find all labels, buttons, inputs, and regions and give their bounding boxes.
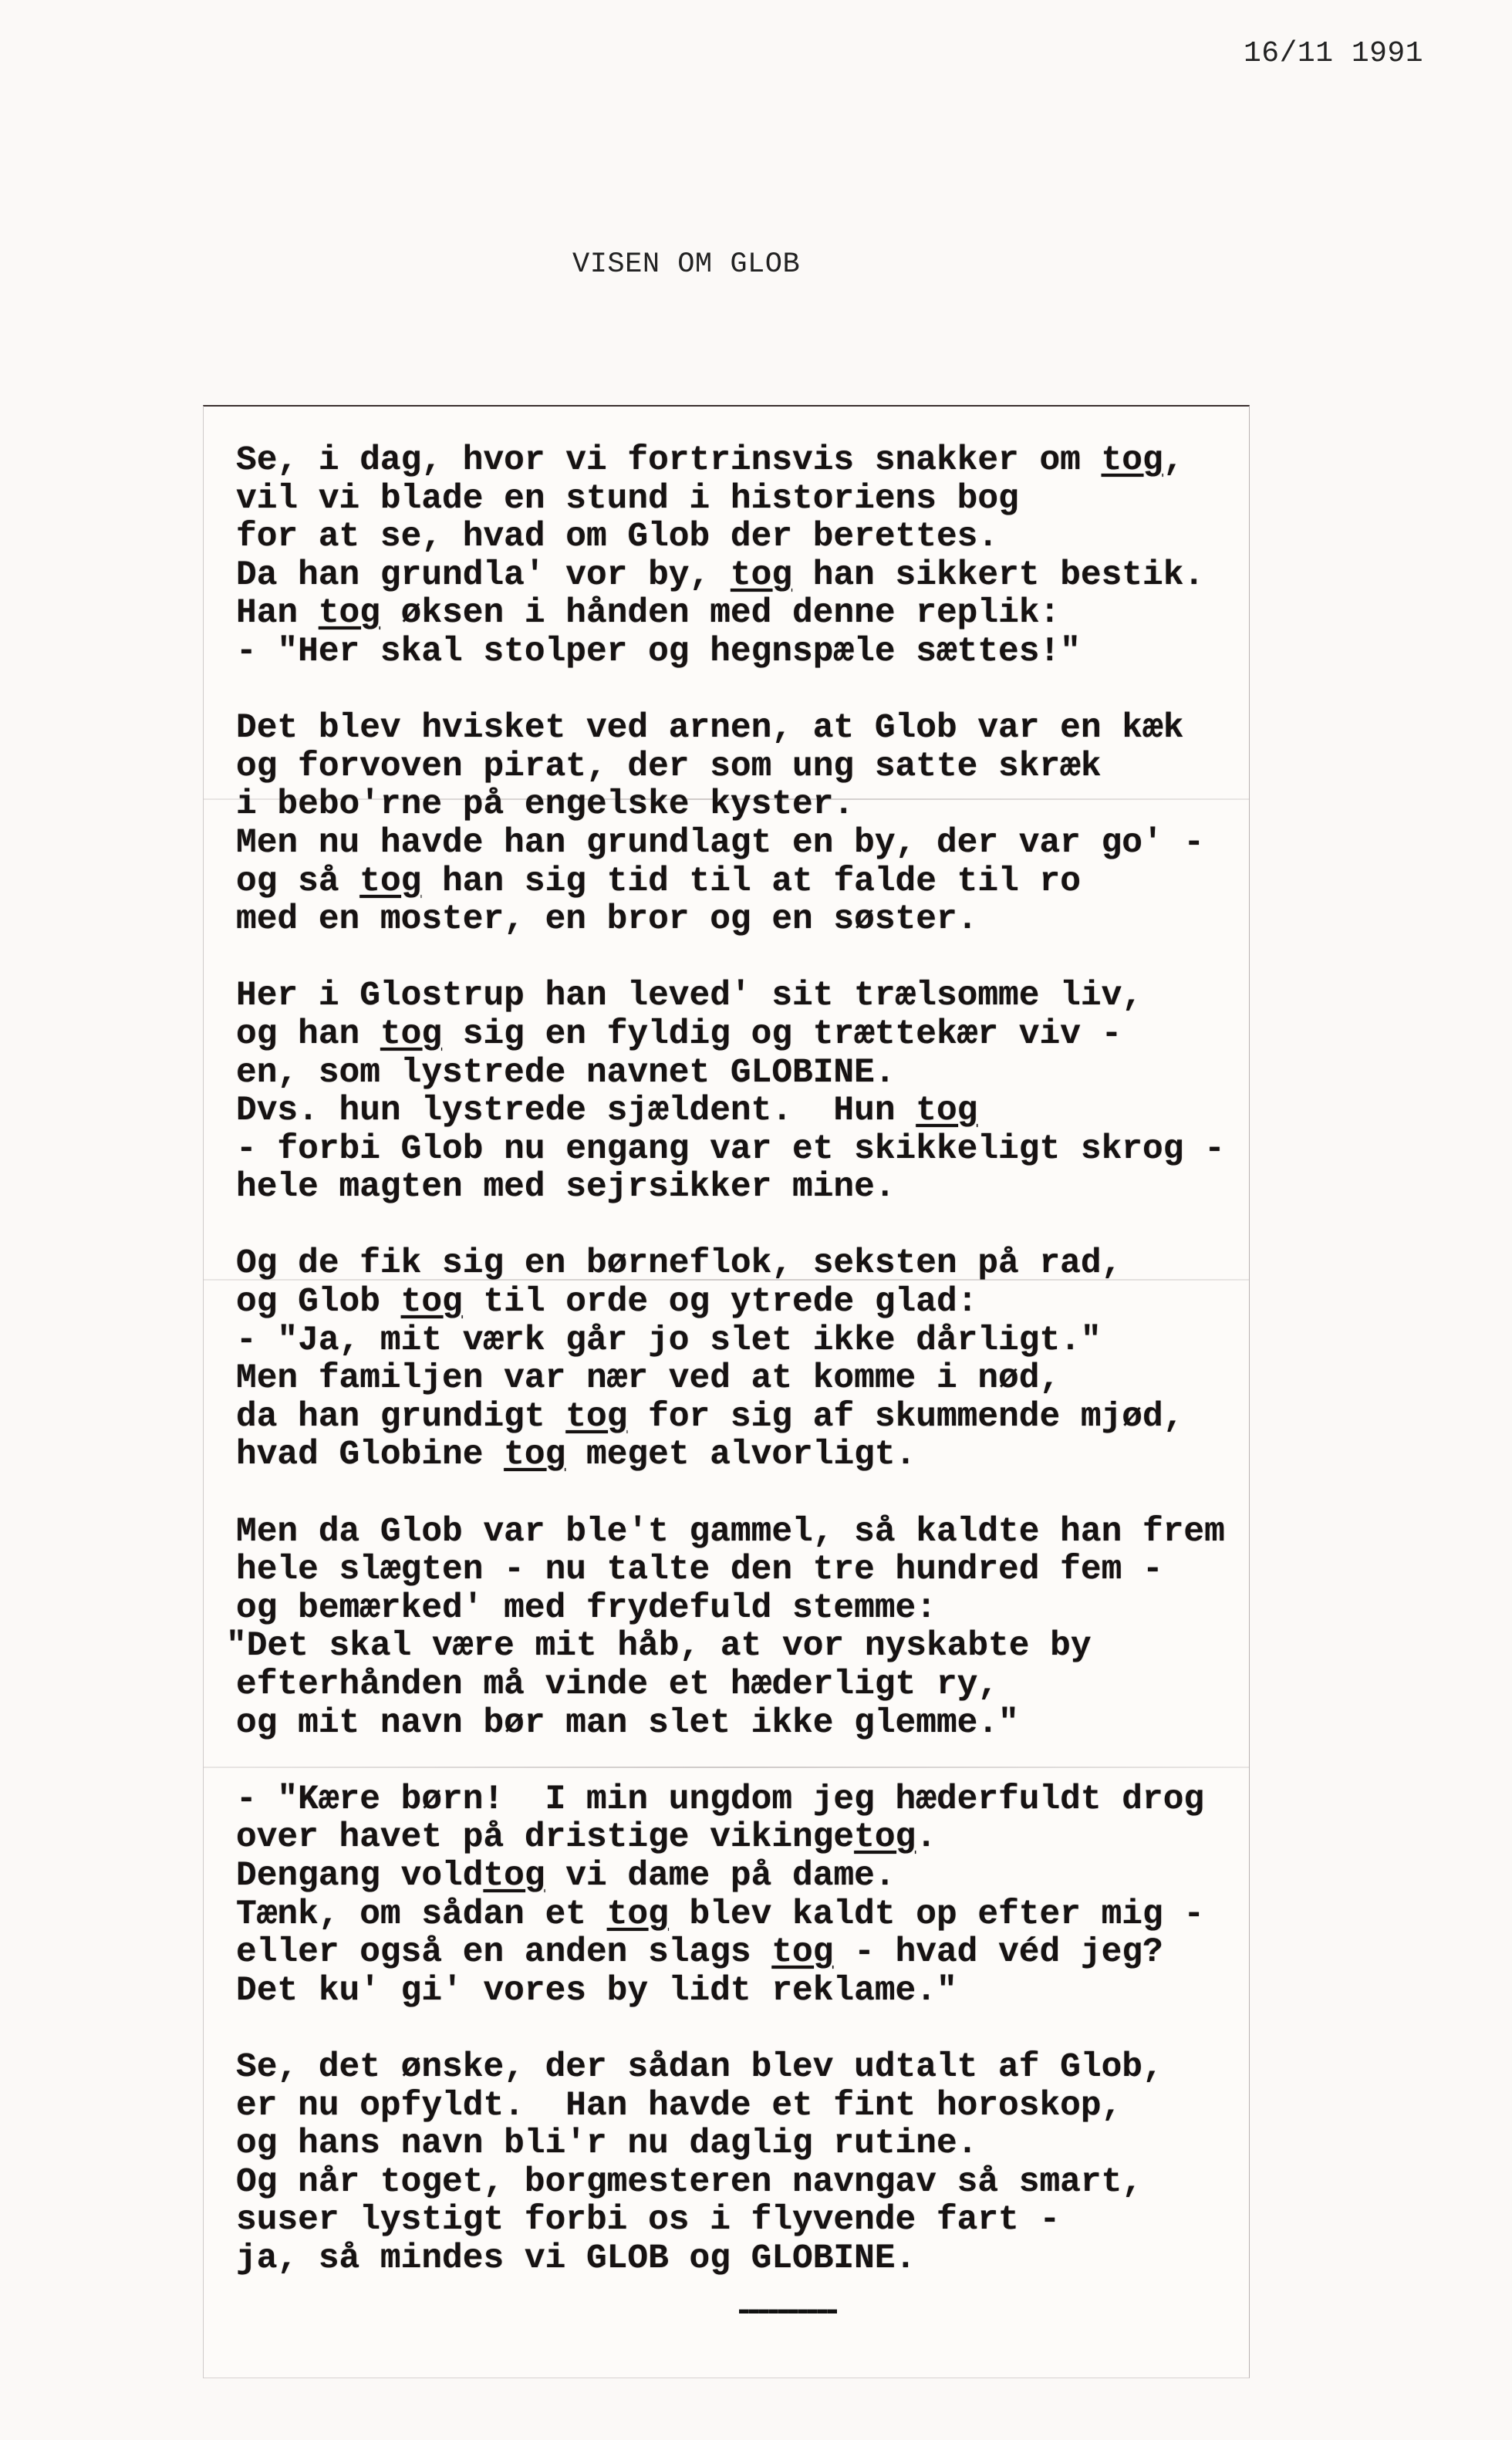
poem-line: og forvoven pirat, der som ung satte skr…	[236, 748, 1225, 787]
poem-line: en, som lystrede navnet GLOBINE.	[236, 1055, 1225, 1093]
poem-line: for at se, hvad om Glob der berettes.	[236, 518, 1225, 557]
stanza: Det blev hvisket ved arnen, at Glob var …	[236, 710, 1225, 940]
poem-line: Dengang voldtog vi dame på dame.	[236, 1858, 1225, 1896]
poem-line: - "Her skal stolper og hegnspæle sættes!…	[236, 633, 1225, 672]
poem-line: Og de fik sig en børneflok, seksten på r…	[236, 1245, 1225, 1284]
underlined-word: tog	[401, 1283, 463, 1321]
underlined-word: tog	[380, 1015, 442, 1054]
underlined-word: tog	[771, 1933, 833, 1972]
document-title: VISEN OM GLOB	[572, 248, 800, 281]
pasted-typewritten-slip: Se, i dag, hvor vi fortrinsvis snakker o…	[203, 405, 1250, 2378]
poem-line: Tænk, om sådan et tog blev kaldt op efte…	[236, 1896, 1225, 1935]
poem-line: ja, så mindes vi GLOB og GLOBINE.	[236, 2240, 1225, 2279]
poem-line: - "Ja, mit værk går jo slet ikke dårligt…	[236, 1322, 1225, 1361]
underlined-word: tog	[1102, 441, 1163, 480]
poem-line: hvad Globine tog meget alvorligt.	[236, 1436, 1225, 1475]
stanza: Her i Glostrup han leved' sit trælsomme …	[236, 977, 1225, 1207]
stanza: Men da Glob var ble't gammel, så kaldte …	[236, 1514, 1225, 1743]
underlined-word: tog	[607, 1895, 669, 1934]
poem-line: og bemærked' med frydefuld stemme:	[236, 1590, 1225, 1628]
poem-line: - forbi Glob nu engang var et skikkeligt…	[236, 1131, 1225, 1169]
underlined-word: tog	[565, 1398, 627, 1436]
poem-line: og så tog han sig tid til at falde til r…	[236, 863, 1225, 902]
underlined-word: tog	[854, 1818, 916, 1857]
poem-line: Det blev hvisket ved arnen, at Glob var …	[236, 710, 1225, 748]
poem-line: Her i Glostrup han leved' sit trælsomme …	[236, 977, 1225, 1016]
poem-line: Dvs. hun lystrede sjældent. Hun tog	[236, 1092, 1225, 1131]
poem-line: Se, det ønske, der sådan blev udtalt af …	[236, 2049, 1225, 2087]
poem-line: Se, i dag, hvor vi fortrinsvis snakker o…	[236, 442, 1225, 481]
poem-line: og hans navn bli'r nu daglig rutine.	[236, 2125, 1225, 2164]
poem-line: efterhånden må vinde et hæderligt ry,	[236, 1666, 1225, 1705]
closing-rule: ----------	[734, 2293, 832, 2331]
underlined-word: tog	[504, 1436, 565, 1474]
poem-line: og han tog sig en fyldig og trættekær vi…	[236, 1016, 1225, 1055]
poem-line: da han grundigt tog for sig af skummende…	[236, 1399, 1225, 1437]
poem-line: hele slægten - nu talte den tre hundred …	[236, 1551, 1225, 1590]
stanza: Se, i dag, hvor vi fortrinsvis snakker o…	[236, 442, 1225, 672]
poem-line: - "Kære børn! I min ungdom jeg hæderfuld…	[236, 1781, 1225, 1820]
poem-line: og mit navn bør man slet ikke glemme."	[236, 1705, 1225, 1743]
poem-line: og Glob tog til orde og ytrede glad:	[236, 1284, 1225, 1322]
stanza: - "Kære børn! I min ungdom jeg hæderfuld…	[236, 1781, 1225, 2011]
poem-line: eller også en anden slags tog - hvad véd…	[236, 1934, 1225, 1973]
poem-line: i bebo'rne på engelske kyster.	[236, 786, 1225, 825]
poem-line: Han tog øksen i hånden med denne replik:	[236, 595, 1225, 633]
underlined-word: tog	[319, 594, 380, 633]
poem-line: er nu opfyldt. Han havde et fint horosko…	[236, 2087, 1225, 2126]
poem-line: Men da Glob var ble't gammel, så kaldte …	[236, 1514, 1225, 1552]
document-date: 16/11 1991	[1244, 37, 1423, 70]
poem-line: over havet på dristige vikingetog.	[236, 1819, 1225, 1858]
poem-line: Da han grundla' vor by, tog han sikkert …	[236, 557, 1225, 596]
underlined-word: tog	[731, 556, 792, 595]
poem-line: Og når toget, borgmesteren navngav så sm…	[236, 2164, 1225, 2202]
poem-line: med en moster, en bror og en søster.	[236, 901, 1225, 940]
underlined-word: tog	[359, 862, 421, 901]
stanza: Og de fik sig en børneflok, seksten på r…	[236, 1245, 1225, 1475]
poem-body: Se, i dag, hvor vi fortrinsvis snakker o…	[236, 442, 1225, 2317]
poem-line: vil vi blade en stund i historiens bog	[236, 481, 1225, 519]
stanza: Se, det ønske, der sådan blev udtalt af …	[236, 2049, 1225, 2279]
poem-line: Men nu havde han grundlagt en by, der va…	[236, 825, 1225, 863]
poem-line: "Det skal være mit håb, at vor nyskabte …	[226, 1628, 1225, 1666]
poem-line: Men familjen var nær ved at komme i nød,	[236, 1360, 1225, 1399]
poem-line: Det ku' gi' vores by lidt reklame."	[236, 1973, 1225, 2011]
poem-line: suser lystigt forbi os i flyvende fart -	[236, 2202, 1225, 2240]
poem-line: hele magten med sejrsikker mine.	[236, 1169, 1225, 1207]
underlined-word: tog	[483, 1857, 545, 1895]
underlined-word: tog	[916, 1092, 977, 1130]
